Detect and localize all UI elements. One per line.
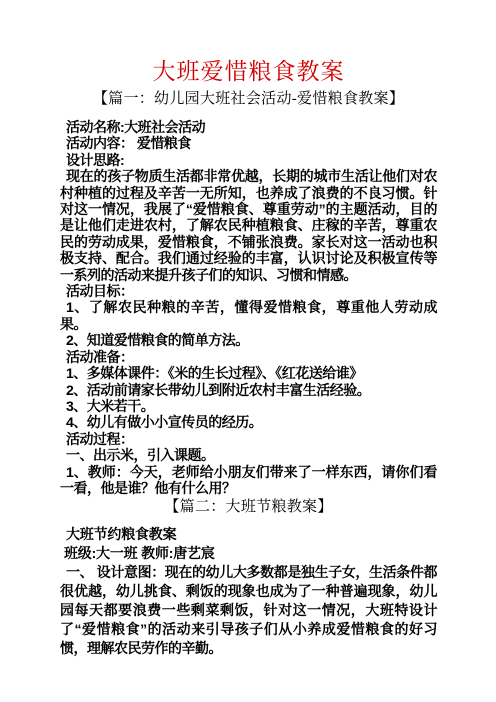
part2-heading: 【篇二：大班节粮教案】	[60, 496, 437, 519]
paragraph-line: 3、大米若干。	[60, 398, 437, 414]
document-page: 大班爱惜粮食教案 【篇一：幼儿园大班社会活动-爱惜粮食教案】 活动名称:大班社会…	[0, 0, 496, 702]
paragraph-line: 活动目标：	[60, 283, 437, 299]
paragraph-line: 现在的孩子物质生活都非常优越，长期的城市生活让他们对农村种植的过程及辛苦一无所知…	[60, 168, 437, 283]
paragraph-line: 4、幼儿有做小小宣传员的经历。	[60, 414, 437, 430]
paragraph-line: 1、教师：今天，老师给小朋友们带来了一样东西，请你们看一看，他是谁？他有什么用？	[60, 464, 437, 497]
part2-class-teacher-line: 班级:大一班 教师:唐艺宸	[60, 544, 437, 563]
paragraph-line: 活动名称:大班社会活动	[60, 119, 437, 135]
part1-heading: 【篇一：幼儿园大班社会活动-爱惜粮食教案】	[60, 88, 437, 111]
paragraph-line: 1、了解农民种粮的辛苦，懂得爱惜粮食，尊重他人劳动成果。	[60, 299, 437, 332]
paragraph-line: 活动准备：	[60, 349, 437, 365]
paragraph-line: 2、知道爱惜粮食的简单方法。	[60, 332, 437, 348]
paragraph-line: 1、多媒体课件：《米的生长过程》、《红花送给谁》	[60, 365, 437, 381]
document-title: 大班爱惜粮食教案	[60, 56, 437, 88]
paragraph-line: 2、活动前请家长带幼儿到附近农村丰富生活经验。	[60, 382, 437, 398]
part2-body: 一、 设计意图：现在的幼儿大多数都是独生子女，生活条件都很优越，幼儿挑食、剩饭的…	[60, 563, 437, 658]
part1-body: 活动名称:大班社会活动活动内容： 爱惜粮食设计思路:现在的孩子物质生活都非常优越…	[60, 119, 437, 496]
paragraph-line: 设计思路:	[60, 152, 437, 168]
paragraph-line: 活动内容： 爱惜粮食	[60, 135, 437, 151]
paragraph-line: 一、 设计意图：现在的幼儿大多数都是独生子女，生活条件都很优越，幼儿挑食、剩饭的…	[60, 563, 437, 658]
paragraph-line: 活动过程：	[60, 431, 437, 447]
paragraph-line: 一、出示米，引入课题。	[60, 447, 437, 463]
part2-subheading: 大班节约粮食教案	[60, 524, 437, 544]
